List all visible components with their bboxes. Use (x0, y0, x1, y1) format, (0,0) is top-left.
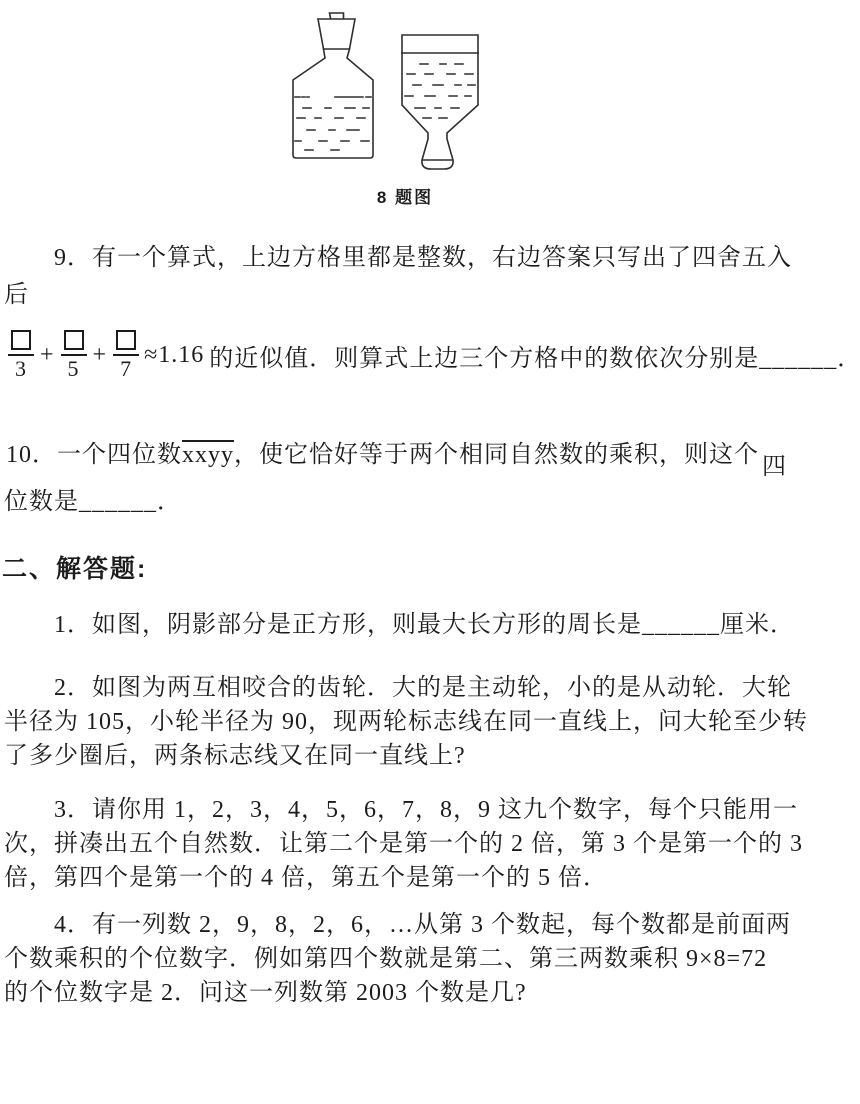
numerator-box (116, 330, 136, 350)
q4-line2: 个数乘积的个位数字．例如第四个数就是第二、第三两数乘积 9×8=72 (4, 944, 858, 974)
fraction-3: 7 (113, 330, 139, 381)
problem9-expression: 3 + 5 + 7 ≈1.16 的近似值．则算式上边三个方格中的数依次分别是__… (8, 324, 860, 386)
problem10-line1-post: ，使它恰好等于两个相同自然数的乘积，则这个 (234, 442, 759, 468)
section2-heading: 二、解答题: (2, 549, 147, 585)
denominator: 3 (8, 354, 34, 381)
q3-line1: 3．请你用 1，2，3，4，5，6，7，8，9 这九个数字，每个只能用一 (4, 795, 860, 825)
plus-operator: + (39, 342, 56, 369)
problem9-line2: 后 (4, 280, 858, 310)
fraction-2: 5 (61, 330, 87, 381)
numerator-box (64, 330, 84, 350)
denominator: 7 (113, 354, 139, 381)
numerator-box (11, 330, 31, 350)
document-page: 8 题图 9．有一个算式，上边方格里都是整数，右边答案只写出了四舍五入 后 3 … (0, 0, 860, 1104)
overline-xxyy: xxyy (182, 442, 234, 468)
q2-line3: 了多少圈后，两条标志线又在同一直线上? (4, 741, 858, 771)
q3-line2: 次，拼凑出五个自然数．让第二个是第一个的 2 倍，第 3 个是第一个的 3 (4, 829, 858, 859)
denominator: 5 (61, 354, 87, 381)
plus-operator: + (92, 342, 109, 369)
q1-line1: 1．如图，阴影部分是正方形，则最大长方形的周长是______厘米． (4, 610, 860, 640)
problem9-line1: 9．有一个算式，上边方格里都是整数，右边答案只写出了四舍五入 (4, 243, 860, 273)
q4-line1: 4．有一列数 2，9，8，2，6，…从第 3 个数起，每个数都是前面两 (4, 910, 860, 940)
problem8-figure (285, 8, 525, 180)
problem10-dropped-char: 四 (762, 454, 787, 480)
fraction-1: 3 (8, 330, 34, 381)
problem10-line2: 位数是______． (4, 487, 858, 517)
left-bottle (293, 13, 373, 158)
q2-line2: 半径为 105，小轮半径为 90，现两轮标志线在同一直线上，问大轮至少转 (4, 707, 858, 737)
expression-tail: 的近似值．则算式上边三个方格中的数依次分别是______． (209, 338, 860, 373)
q3-line3: 倍，第四个是第一个的 4 倍，第五个是第一个的 5 倍． (4, 863, 858, 893)
q2-line1: 2．如图为两互相咬合的齿轮．大的是主动轮，小的是从动轮．大轮 (4, 673, 860, 703)
figure-caption: 8 题图 (340, 183, 470, 208)
approx-value: ≈1.16 (144, 342, 204, 369)
right-bottle (402, 35, 478, 169)
q4-line3: 的个位数字是 2．问这一列数第 2003 个数是几? (4, 978, 858, 1008)
problem10-line1-pre: 10．一个四位数 (6, 442, 182, 468)
bottles-drawing (285, 8, 525, 180)
problem10-line1: 10．一个四位数xxyy，使它恰好等于两个相同自然数的乘积，则这个四 (4, 440, 860, 470)
